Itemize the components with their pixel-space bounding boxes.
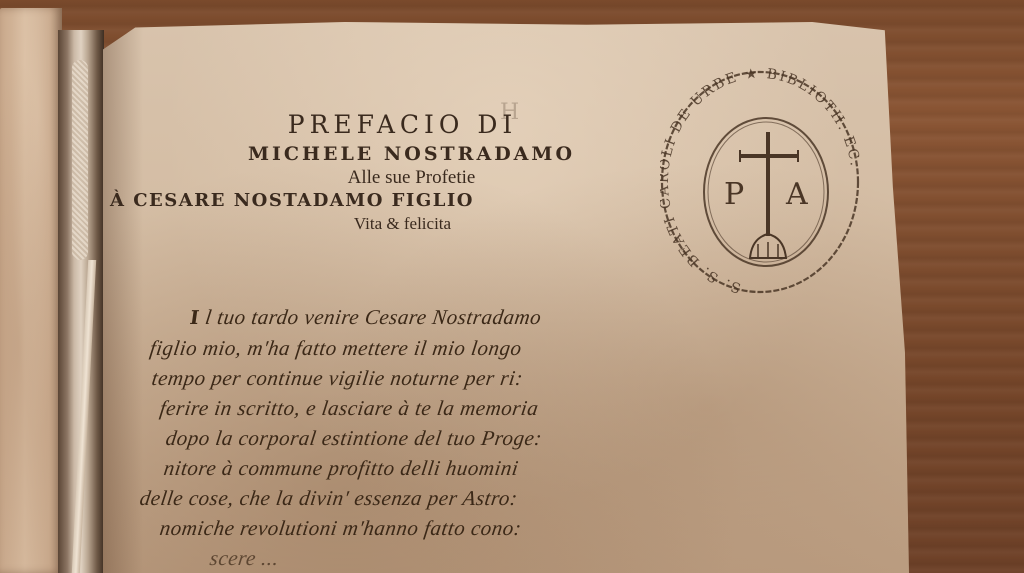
manuscript-line: figlio mio, m'ha fatto mettere il mio lo… — [138, 333, 742, 363]
stamp-letter-p: P — [724, 177, 744, 212]
manuscript-line: Il tuo tardo venire Cesare Nostradamo — [138, 302, 742, 333]
heading-wish: Vita & felicita — [150, 215, 655, 232]
heading-author: MICHELE NOSTRADAMO — [168, 145, 655, 164]
manuscript-line: tempo per continue vigilie noturne per r… — [138, 363, 742, 393]
manuscript-line: nomiche revolutioni m'hanno fatto cono: — [138, 513, 742, 543]
handwritten-text: Il tuo tardo venire Cesare Nostradamo fi… — [140, 302, 740, 573]
manuscript-line: delle cose, che la divin' essenza per As… — [138, 483, 742, 513]
heading-title: PREFACIO DI — [150, 112, 655, 137]
library-stamp: S. S. BEATI CAROLI DE URBE ★ BIBLIOTH. E… — [660, 68, 860, 296]
heading-subtitle: Alle sue Profetie — [168, 168, 655, 187]
stamp-letter-a: A — [785, 177, 808, 212]
heading-dedication: À CESARE NOSTADAMO FIGLIO — [110, 192, 655, 210]
manuscript-line: scere ... — [138, 543, 742, 573]
drop-initial: I — [188, 307, 200, 329]
book-cover-left — [0, 8, 62, 573]
manuscript-line: nitore à commune profitto delli huomini — [138, 453, 742, 483]
manuscript-line: ferire in scritto, e lasciare à te la me… — [138, 393, 742, 423]
printed-heading: PREFACIO DI MICHELE NOSTRADAMO Alle sue … — [110, 88, 655, 232]
stamp-seal-icon: S. S. BEATI CAROLI DE URBE ★ BIBLIOTH. E… — [660, 68, 860, 296]
book-spine-binding — [58, 30, 104, 573]
manuscript-line: dopo la corporal estintione del tuo Prog… — [138, 423, 742, 453]
